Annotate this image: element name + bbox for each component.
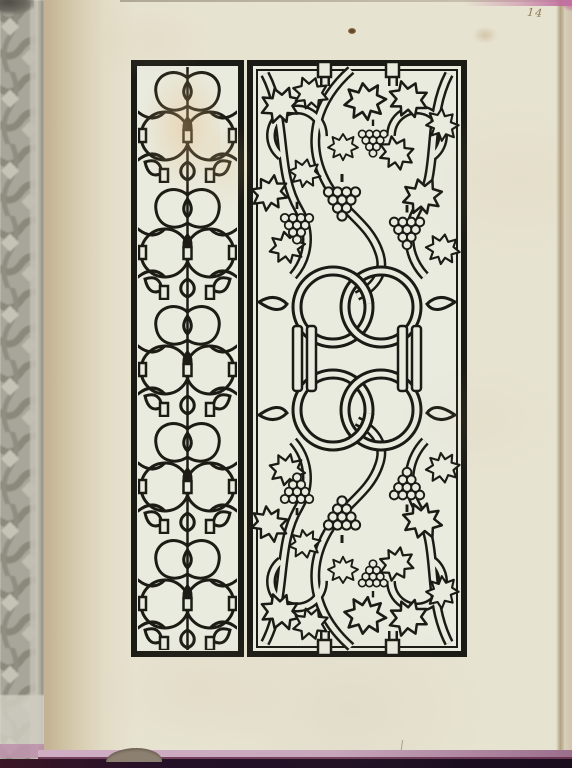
book-fore-edge <box>564 0 572 768</box>
gutter-shadow <box>44 0 136 768</box>
book-page-photo: 14 <box>0 0 572 768</box>
facing-page-edge <box>0 0 44 768</box>
foxing-spot <box>472 26 498 44</box>
pink-endpaper-corner <box>556 0 572 16</box>
foxing-spot <box>348 28 356 34</box>
woodcut-panel-moresque <box>131 60 244 657</box>
folio-number: 14 <box>526 6 557 25</box>
book-bottom-shadow <box>0 759 572 768</box>
page-right-edge <box>556 0 564 768</box>
woodcut-panel-grapevine <box>247 60 467 657</box>
book-corner-shadow <box>0 0 34 18</box>
